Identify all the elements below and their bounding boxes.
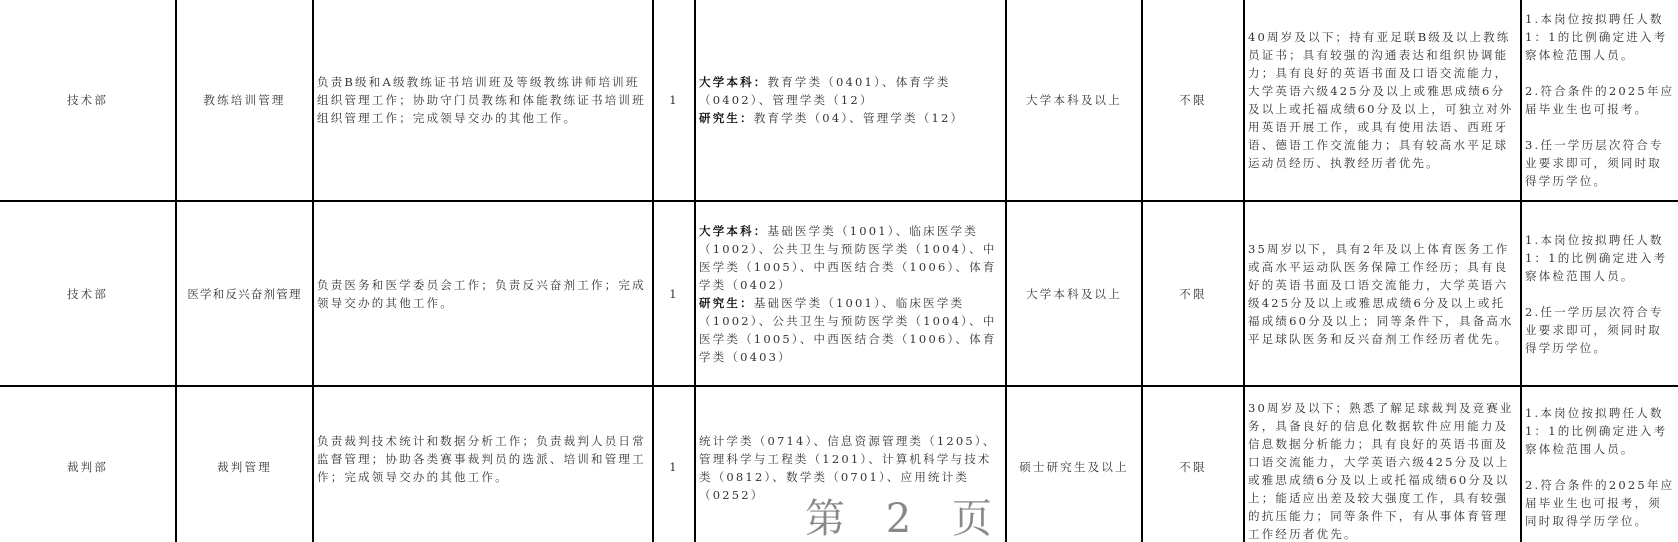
note-item: 1.本岗位按拟聘任人数1：1的比例确定进入考察体检范围人员。 xyxy=(1525,404,1675,458)
headcount-text: 1 xyxy=(654,285,694,303)
department-text: 技术部 xyxy=(0,91,175,109)
duties-cell: 负责B级和A级教练证书培训班及等级教练讲师培训班组织管理工作；协助守门员教练和体… xyxy=(314,0,652,200)
major-cell: 大学本科：教育学类（0401）、体育学类（0402）、管理学类（12） 研究生：… xyxy=(696,0,1005,200)
political-status-cell: 不限 xyxy=(1143,0,1243,200)
duties-cell: 负责医务和医学委员会工作；负责反兴奋剂工作；完成领导交办的其他工作。 xyxy=(314,202,652,385)
notes-cell: 1.本岗位按拟聘任人数1：1的比例确定进入考察体检范围人员。 2.符合条件的20… xyxy=(1522,387,1678,542)
duties-text: 负责医务和医学委员会工作；负责反兴奋剂工作；完成领导交办的其他工作。 xyxy=(317,276,649,312)
page-number: 第 2 页 xyxy=(805,496,1006,542)
major-cell: 大学本科：基础医学类（1001）、临床医学类（1002）、公共卫生与预防医学类（… xyxy=(696,202,1005,385)
political-status-cell: 不限 xyxy=(1143,202,1243,385)
political-status-text: 不限 xyxy=(1143,285,1243,303)
department-text: 裁判部 xyxy=(0,458,175,476)
major-label-undergrad: 大学本科： xyxy=(699,75,768,89)
political-status-text: 不限 xyxy=(1143,458,1243,476)
position-cell: 裁判管理 xyxy=(177,387,312,542)
education-text: 大学本科及以上 xyxy=(1007,91,1141,109)
headcount-cell: 1 xyxy=(654,202,694,385)
major-text-graduate: 教育学类（04）、管理学类（12） xyxy=(754,111,964,125)
requirements-text: 40周岁及以下；持有亚足联B级及以上教练员证书；具有较强的沟通表达和组织协调能力… xyxy=(1248,28,1517,172)
education-text: 硕士研究生及以上 xyxy=(1007,458,1141,476)
headcount-text: 1 xyxy=(654,458,694,476)
duties-text: 负责裁判技术统计和数据分析工作；负责裁判人员日常监督管理；协助各类赛事裁判员的选… xyxy=(317,432,649,486)
department-cell: 技术部 xyxy=(0,202,175,385)
position-cell: 教练培训管理 xyxy=(177,0,312,200)
position-text: 教练培训管理 xyxy=(177,91,312,109)
notes-cell: 1.本岗位按拟聘任人数1：1的比例确定进入考察体检范围人员。 2.符合条件的20… xyxy=(1522,0,1678,200)
requirements-cell: 40周岁及以下；持有亚足联B级及以上教练员证书；具有较强的沟通表达和组织协调能力… xyxy=(1245,0,1520,200)
position-text: 裁判管理 xyxy=(177,458,312,476)
major-text: 统计学类（0714）、信息资源管理类（1205）、管理科学与工程类（1201）、… xyxy=(699,434,997,502)
department-cell: 技术部 xyxy=(0,0,175,200)
job-table: 技术部 教练培训管理 负责B级和A级教练证书培训班及等级教练讲师培训班组织管理工… xyxy=(0,0,1678,542)
headcount-text: 1 xyxy=(654,91,694,109)
note-item: 2.符合条件的2025年应届毕业生也可报考，须同时取得学历学位。 xyxy=(1525,476,1675,530)
political-status-cell: 不限 xyxy=(1143,387,1243,542)
duties-text: 负责B级和A级教练证书培训班及等级教练讲师培训班组织管理工作；协助守门员教练和体… xyxy=(317,73,649,127)
department-text: 技术部 xyxy=(0,285,175,303)
headcount-cell: 1 xyxy=(654,0,694,200)
major-label-graduate: 研究生： xyxy=(699,296,754,310)
major-label-undergrad: 大学本科： xyxy=(699,224,768,238)
education-text: 大学本科及以上 xyxy=(1007,285,1141,303)
requirements-cell: 35周岁以下，具有2年及以上体育医务工作或高水平运动队医务保障工作经历；具有良好… xyxy=(1245,202,1520,385)
note-item: 3.任一学历层次符合专业要求即可，须同时取得学历学位。 xyxy=(1525,136,1675,190)
notes-cell: 1.本岗位按拟聘任人数1：1的比例确定进入考察体检范围人员。 2.任一学历层次符… xyxy=(1522,202,1678,385)
political-status-text: 不限 xyxy=(1143,91,1243,109)
requirements-text: 35周岁以下，具有2年及以上体育医务工作或高水平运动队医务保障工作经历；具有良好… xyxy=(1248,240,1517,348)
note-item: 1.本岗位按拟聘任人数1：1的比例确定进入考察体检范围人员。 xyxy=(1525,231,1675,285)
department-cell: 裁判部 xyxy=(0,387,175,542)
position-cell: 医学和反兴奋剂管理 xyxy=(177,202,312,385)
note-item: 2.任一学历层次符合专业要求即可，须同时取得学历学位。 xyxy=(1525,303,1675,357)
education-cell: 大学本科及以上 xyxy=(1007,0,1141,200)
requirements-text: 30周岁及以下；熟悉了解足球裁判及竞赛业务，具备良好的信息化数据软件应用能力及信… xyxy=(1248,399,1517,542)
education-cell: 大学本科及以上 xyxy=(1007,202,1141,385)
duties-cell: 负责裁判技术统计和数据分析工作；负责裁判人员日常监督管理；协助各类赛事裁判员的选… xyxy=(314,387,652,542)
education-cell: 硕士研究生及以上 xyxy=(1007,387,1141,542)
headcount-cell: 1 xyxy=(654,387,694,542)
major-label-graduate: 研究生： xyxy=(699,111,754,125)
note-item: 1.本岗位按拟聘任人数1：1的比例确定进入考察体检范围人员。 xyxy=(1525,10,1675,64)
note-item: 2.符合条件的2025年应届毕业生也可报考。 xyxy=(1525,82,1675,118)
requirements-cell: 30周岁及以下；熟悉了解足球裁判及竞赛业务，具备良好的信息化数据软件应用能力及信… xyxy=(1245,387,1520,542)
position-text: 医学和反兴奋剂管理 xyxy=(177,285,312,303)
